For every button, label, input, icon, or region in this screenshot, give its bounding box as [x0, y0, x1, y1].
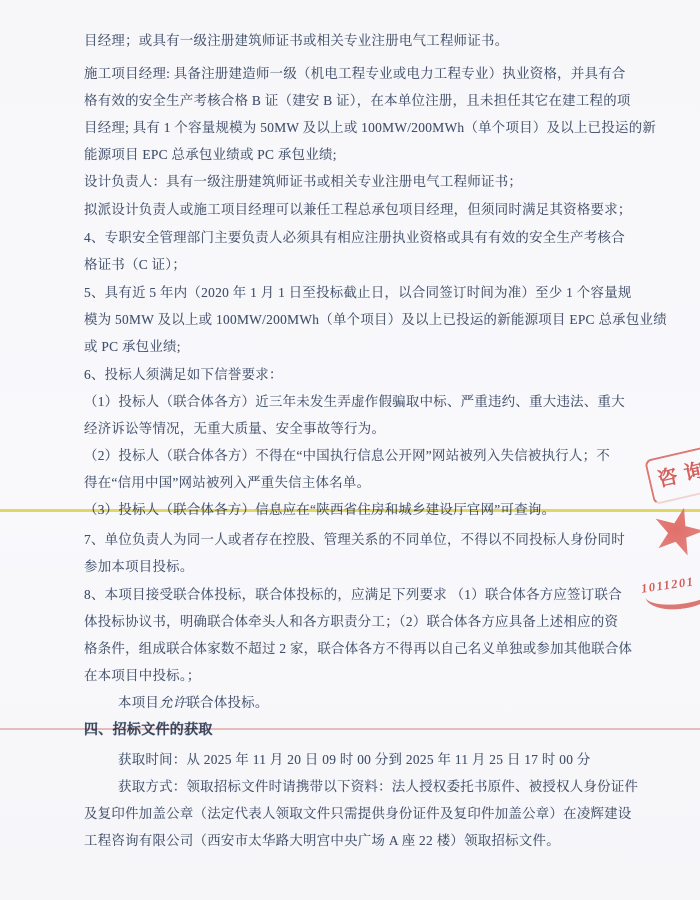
- text-line: 5、具有近 5 年内（2020 年 1 月 1 日至投标截止日，以合同签订时间为…: [84, 283, 644, 302]
- text-line: 体投标协议书，明确联合体牵头人和各方职责分工；（2）联合体各方应具备上述相应的资: [84, 612, 644, 631]
- text-line: 设计负责人：具有一级注册建筑师证书或相关专业注册电气工程师证书；: [84, 172, 644, 191]
- text-line: （1）投标人（联合体各方）近三年未发生弄虚作假骗取中标、严重违约、重大违法、重大: [84, 392, 644, 411]
- text-line: 模为 50MW 及以上或 100MW/200MWh（单个项目）及以上已投运的新能…: [84, 310, 644, 329]
- text-line: 格有效的安全生产考核合格 B 证（建安 B 证），在本单位注册，且未担任其它在建…: [84, 91, 644, 110]
- text-line: 目经理；或具有一级注册建筑师证书或相关专业注册电气工程师证书。: [84, 31, 644, 50]
- text-line: 在本项目中投标。；: [84, 666, 644, 685]
- text-line: 或 PC 承包业绩;: [84, 337, 644, 356]
- text-line: 格条件，组成联合体家数不超过 2 家，联合体各方不得再以自己名义单独或参加其他联…: [84, 639, 644, 658]
- yellow-highlight-line: [0, 509, 700, 512]
- acquisition-time-line: 获取时间：从 2025 年 11 月 20 日 09 时 00 分到 2025 …: [84, 750, 678, 769]
- scanned-tender-document-page: 目经理；或具有一级注册建筑师证书或相关专业注册电气工程师证书。 施工项目经理: …: [0, 0, 700, 900]
- seal-label-box: 咨询: [644, 439, 700, 505]
- text-line: 及复印件加盖公章（法定代表人领取文件只需提供身份证件及复印件加盖公章）在凌辉建设: [84, 804, 644, 823]
- text-line: 目经理; 具有 1 个容量规模为 50MW 及以上或 100MW/200MWh（…: [84, 118, 644, 137]
- seal-ring-arc: [643, 572, 700, 613]
- allow-line-prefix: 本项目: [118, 695, 159, 710]
- text-line: 拟派设计负责人或施工项目经理可以兼任工程总承包项目经理，但须同时满足其资格要求；: [84, 200, 644, 219]
- text-line: 参加本项目投标。: [84, 557, 644, 576]
- text-line: 能源项目 EPC 总承包业绩或 PC 承包业绩;: [84, 145, 644, 164]
- allow-line-emphasis: 允许: [159, 695, 186, 710]
- text-line: 经济诉讼等情况，无重大质量、安全事故等行为。: [84, 419, 644, 438]
- section-heading-document-acquisition: 四、招标文件的获取: [84, 721, 644, 740]
- seal-number: 1011201: [640, 574, 695, 596]
- allow-line-suffix: 联合体投标。: [186, 695, 268, 710]
- text-line: 8、本项目接受联合体投标，联合体投标的，应满足下列要求 （1）联合体各方应签订联…: [84, 585, 644, 604]
- text-line: 7、单位负责人为同一人或者存在控股、管理关系的不同单位，不得以不同投标人身份同时: [84, 530, 644, 549]
- text-line: 工程咨询有限公司（西安市太华路大明宫中央广场 A 座 22 楼）领取招标文件。: [84, 831, 644, 850]
- allow-consortium-line: 本项目允许联合体投标。: [84, 693, 678, 712]
- text-line: 施工项目经理: 具备注册建造师一级（机电工程专业或电力工程专业）执业资格，并具有…: [84, 64, 644, 83]
- text-line: 得在“信用中国”网站被列入严重失信主体名单。: [84, 473, 644, 492]
- text-line: 6、投标人须满足如下信誉要求：: [84, 365, 644, 384]
- text-line: 格证书（C 证）；: [84, 255, 644, 274]
- pink-scan-line: [0, 728, 700, 730]
- acquisition-method-line: 获取方式：领取招标文件时请携带以下资料：法人授权委托书原件、被授权人身份证件: [84, 777, 678, 796]
- text-line: （2）投标人（联合体各方）不得在“中国执行信息公开网”网站被列入失信被执行人；不: [84, 446, 644, 465]
- text-line: 4、专职安全管理部门主要负责人必须具有相应注册执业资格或具有有效的安全生产考核合: [84, 228, 644, 247]
